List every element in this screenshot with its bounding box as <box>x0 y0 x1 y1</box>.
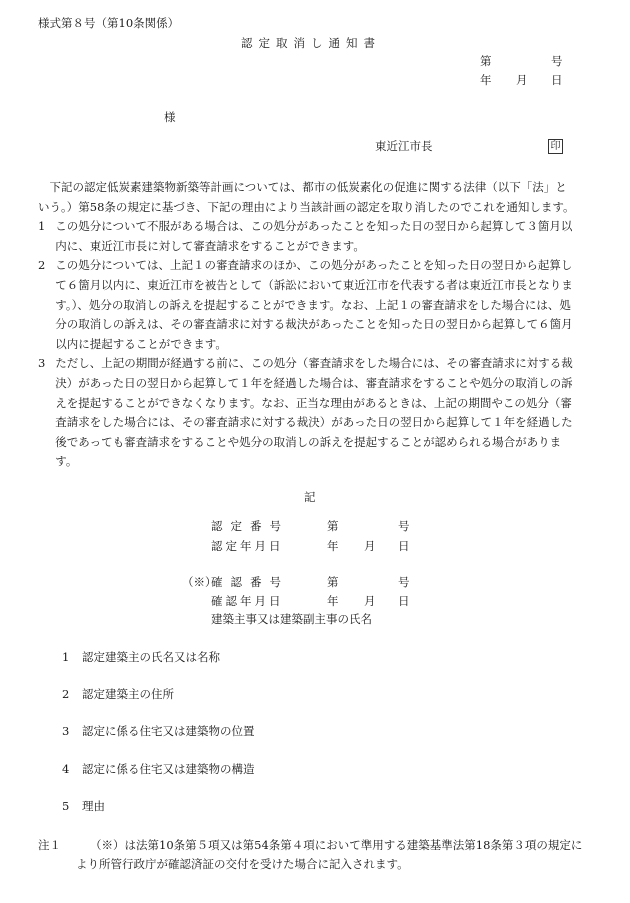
addressee-suffix: 様 <box>164 112 176 124</box>
notice-body: 下記の認定低炭素建築物新築等計画については、都市の低炭素化の促進に関する法律（以… <box>38 178 578 472</box>
cert-date-year: 年 <box>327 541 339 553</box>
confirm-date-year: 年 <box>327 596 339 608</box>
field-reason: 理由 <box>82 801 105 813</box>
field-number: 5 <box>62 801 69 813</box>
confirm-number-label: 確認番号 <box>211 577 289 589</box>
notice-item-text: この処分については、上記１の審査請求のほか、この処分があったことを知った日の翌日… <box>55 258 573 350</box>
notice-item-3: 3ただし、上記の期間が経過する前に、この処分（審査請求をした場合には、その審査請… <box>38 354 578 472</box>
cert-date-label: 認定年月日 <box>211 541 284 553</box>
record-heading: 記 <box>304 492 316 504</box>
field-building-location: 認定に係る住宅又は建築物の位置 <box>82 726 255 738</box>
field-building-structure: 認定に係る住宅又は建築物の構造 <box>82 764 255 776</box>
note-label: 注１ <box>38 840 61 852</box>
form-id: 様式第８号（第10条関係） <box>38 18 179 30</box>
notice-item-number: 1 <box>38 217 55 237</box>
doc-date-year: 年 <box>480 75 492 87</box>
doc-date-day: 日 <box>551 75 563 87</box>
confirm-number-prefix: 第 <box>327 577 339 589</box>
issuer-name: 東近江市長 <box>375 141 433 153</box>
field-number: 2 <box>62 689 69 701</box>
cert-number-suffix: 号 <box>398 521 410 533</box>
field-number: 3 <box>62 726 69 738</box>
cert-number-prefix: 第 <box>327 521 339 533</box>
cert-number-label: 認定番号 <box>211 521 289 533</box>
doc-number-suffix: 号 <box>551 56 563 68</box>
doc-number-prefix: 第 <box>480 56 492 68</box>
notice-item-number: 2 <box>38 256 55 276</box>
confirm-date-month: 月 <box>364 596 376 608</box>
notice-item-number: 3 <box>38 354 55 374</box>
document-title: 認定取消し通知書 <box>241 38 381 50</box>
inspector-label: 建築主事又は建築副主事の氏名 <box>211 614 372 626</box>
field-number: 1 <box>62 652 69 664</box>
cert-date-day: 日 <box>398 541 410 553</box>
intro-paragraph: 下記の認定低炭素建築物新築等計画については、都市の低炭素化の促進に関する法律（以… <box>38 178 578 217</box>
cert-date-month: 月 <box>364 541 376 553</box>
field-builder-name: 認定建築主の氏名又は名称 <box>82 652 220 664</box>
seal-icon: 印 <box>548 139 563 154</box>
doc-date-month: 月 <box>516 75 528 87</box>
notice-item-text: ただし、上記の期間が経過する前に、この処分（審査請求をした場合には、その審査請求… <box>55 356 573 468</box>
notice-item-2: 2この処分については、上記１の審査請求のほか、この処分があったことを知った日の翌… <box>38 256 578 354</box>
field-builder-address: 認定建築主の住所 <box>82 689 174 701</box>
confirm-date-label: 確認年月日 <box>211 596 284 608</box>
confirm-number-suffix: 号 <box>398 577 410 589</box>
note-first-line: （※）は法第10条第５項又は第54条第４項において準用する建築基準法第18条第３… <box>90 840 582 852</box>
note-second-line: より所管行政庁が確認済証の交付を受けた場合に記入されます。 <box>76 859 409 871</box>
notice-item-text: この処分について不服がある場合は、この処分があったことを知った日の翌日から起算し… <box>55 219 572 253</box>
field-number: 4 <box>62 764 69 776</box>
confirm-date-day: 日 <box>398 596 410 608</box>
notice-item-1: 1この処分について不服がある場合は、この処分があったことを知った日の翌日から起算… <box>38 217 578 256</box>
